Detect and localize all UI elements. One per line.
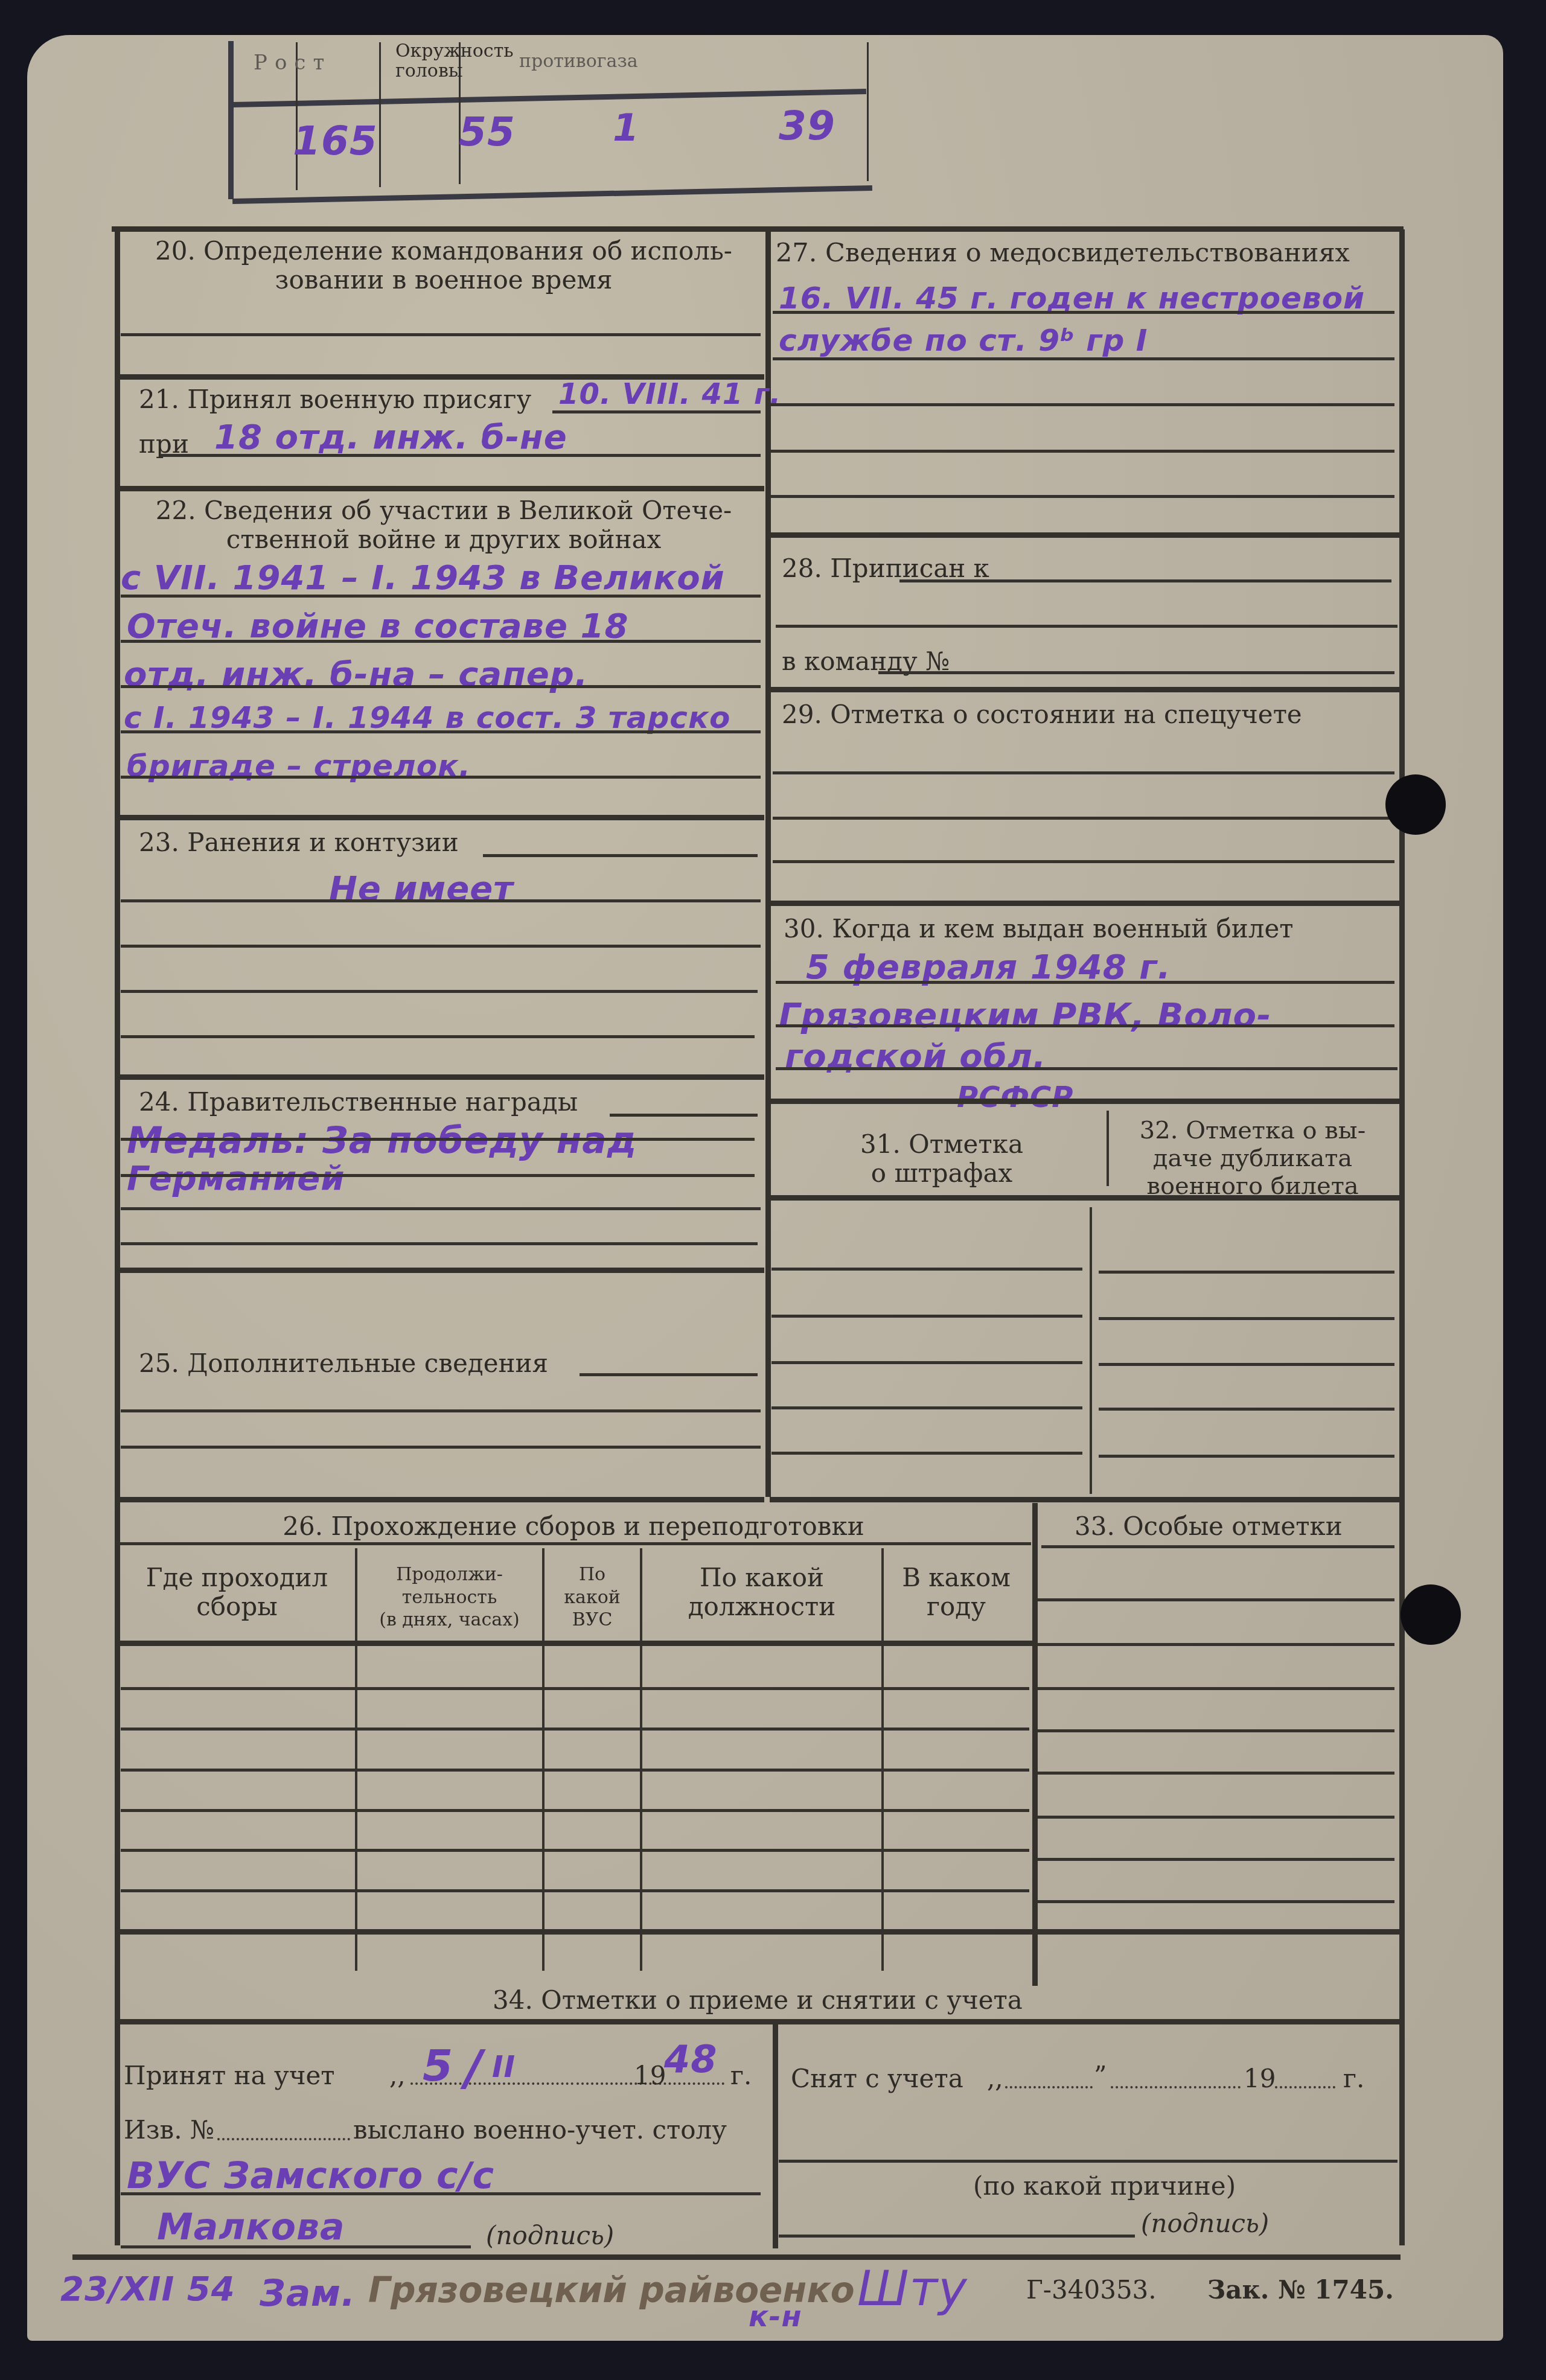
s33-line-1 <box>1041 1545 1394 1548</box>
s24-line-1 <box>121 1138 755 1141</box>
s27-line-4 <box>770 450 1394 453</box>
s31-line-4 <box>771 1406 1082 1409</box>
s21-bottom-border <box>120 486 764 491</box>
s23-bottom-border <box>120 1074 764 1080</box>
s30-entry-4[interactable]: РСФСР <box>957 1080 1073 1114</box>
s26-col-header-duration: Продолжи- тельность (в днях, часах) <box>357 1563 541 1632</box>
s34-title: 34. Отметки о приеме и снятии с учета <box>121 1986 1394 2015</box>
footer-deputy-title: Зам. <box>260 2273 356 2315</box>
s23-line-3 <box>121 990 758 993</box>
s20-label: 20. Определение командования об исполь- … <box>127 237 761 295</box>
s32-line-5 <box>1099 1455 1394 1458</box>
form-middle-divider <box>765 229 771 1497</box>
s31-line-1 <box>771 1268 1082 1271</box>
s34-right-signature-label: (подпись) <box>1141 2209 1269 2238</box>
s34-signature-label: (подпись) <box>486 2221 614 2250</box>
s33-line-5 <box>1037 1729 1394 1732</box>
s27-label: 27. Сведения о медосвидетельствованиях <box>776 238 1350 268</box>
s25-bottom-border <box>120 1497 764 1502</box>
s34-accepted-day[interactable]: 5 <box>423 2040 453 2091</box>
s34-removed-day-dots <box>1005 2086 1093 2088</box>
s33-line-6 <box>1037 1772 1394 1775</box>
top-header-gasmask: противогаза <box>519 51 638 72</box>
s34-notice-sent: выслано военно-учет. столу <box>353 2116 727 2145</box>
s26-title: 26. Прохождение сборов и переподготовки <box>121 1512 1026 1541</box>
form-left-border <box>115 229 120 2245</box>
s22-line-1 <box>121 595 761 598</box>
binder-hole-lower <box>1401 1584 1461 1645</box>
s26-col-header-place: Где проходил сборы <box>121 1563 353 1622</box>
s27-line-1 <box>773 311 1394 314</box>
s26-row-line-4 <box>121 1809 1029 1812</box>
s26-bottom-border <box>120 1929 1401 1935</box>
binder-hole-upper <box>1385 774 1446 835</box>
s34-right-signature-line <box>779 2235 1135 2238</box>
s29-line-1 <box>773 771 1394 774</box>
s21-label: 21. Принял военную присягу <box>139 385 531 414</box>
s25-line-1 <box>121 1409 761 1412</box>
s21-oath-date[interactable]: 10. VIII. 41 г. <box>558 377 781 411</box>
s28-team-line <box>878 671 1394 674</box>
s22-label: 22. Сведения об участии в Великой Отече-… <box>127 496 761 555</box>
s34-title-bottom <box>120 2019 1401 2024</box>
s24-award-2[interactable]: Германией <box>127 1159 345 1198</box>
s22-bottom-border <box>120 815 764 820</box>
s32-line-1 <box>1099 1271 1394 1274</box>
s26-col-header-year: В каком году <box>884 1563 1029 1622</box>
s30-bottom-border <box>770 1099 1401 1104</box>
s34-reason-label: (по какой причине) <box>973 2172 1236 2201</box>
s34-signature-line <box>121 2245 471 2248</box>
s22-line-2 <box>121 640 761 643</box>
footer-handwritten-date: 23/XII 54 <box>60 2270 235 2309</box>
s34-notice-label: Изв. № <box>124 2116 214 2145</box>
top-table-col-divider-4 <box>867 42 869 181</box>
s24-line-4 <box>121 1242 758 1245</box>
s31-s32-body-divider <box>1090 1207 1092 1494</box>
s26-row-line-2 <box>121 1728 1029 1731</box>
s26-header-bottom <box>120 1641 1032 1646</box>
s27-entry-2[interactable]: службе по ст. 9ᵇ гр I <box>779 323 1148 358</box>
s34-signature-name[interactable]: Малкова <box>157 2206 345 2248</box>
s34-reason-line <box>779 2160 1397 2163</box>
s34-accepted-month[interactable]: II <box>492 2049 516 2084</box>
s34-accepted-year-suffix: г. <box>730 2061 752 2090</box>
s27-line-2 <box>773 357 1394 360</box>
s31-line-5 <box>771 1452 1082 1455</box>
s32-line-3 <box>1099 1363 1394 1366</box>
s23-label: 23. Ранения и контузии <box>139 828 459 857</box>
s32-line-2 <box>1099 1317 1394 1320</box>
s26-col-header-vus: По какой ВУС <box>545 1563 640 1632</box>
s23-line-4 <box>121 1035 755 1038</box>
s26-row-line-1 <box>121 1687 1029 1690</box>
top-value-head: 55 <box>459 109 516 155</box>
top-header-head: Окружность головы <box>395 41 516 81</box>
s32-line-4 <box>1099 1408 1394 1411</box>
s31-s32-divider <box>1107 1111 1109 1186</box>
s34-accepted-year-prefix: 19 <box>634 2061 666 2090</box>
s30-line-2 <box>776 1024 1394 1027</box>
s30-entry-2[interactable]: Грязовецким РВК, Воло- <box>779 996 1271 1035</box>
s34-removed-month-dots <box>1111 2086 1241 2088</box>
footer-print-code: Г-340353. <box>1026 2276 1157 2305</box>
s27-line-5 <box>770 495 1394 498</box>
s23-label-line <box>483 854 758 857</box>
s34-sent-to[interactable]: ВУС Замского с/с <box>127 2155 494 2197</box>
footer-order-number: Зак. № 1745. <box>1207 2276 1394 2305</box>
s23-value[interactable]: Не имеет <box>329 869 514 908</box>
s34-removed-year-dots <box>1275 2086 1335 2088</box>
s33-line-2 <box>1037 1598 1394 1601</box>
s29-bottom-border <box>770 901 1401 906</box>
s24-award-1[interactable]: Медаль: За победу над <box>127 1120 637 1162</box>
s21-date-line <box>552 410 761 413</box>
top-value-other: 39 <box>779 103 835 149</box>
s27-bottom-border <box>770 532 1401 538</box>
s28-line-1 <box>899 579 1391 582</box>
s23-line-1 <box>121 899 761 902</box>
s34-removed-year-prefix: 19 <box>1244 2064 1276 2093</box>
top-table-left-border <box>228 41 234 199</box>
s34-accepted-open-quote: ,, <box>389 2061 406 2090</box>
form-right-border <box>1399 229 1405 2245</box>
s34-middle-divider <box>773 2022 778 2248</box>
s24-bottom-border <box>120 1268 764 1273</box>
s33-line-8 <box>1037 1858 1394 1861</box>
s30-line-1 <box>776 981 1394 984</box>
s23-line-2 <box>121 945 761 948</box>
s30-label: 30. Когда и кем выдан военный билет <box>784 914 1294 943</box>
top-table-col-divider-2 <box>379 42 381 187</box>
s22-entry-3[interactable]: отд. инж. б-на – сапер. <box>124 655 588 694</box>
s26-row-line-3 <box>121 1769 1029 1772</box>
top-header-height: Рост <box>254 51 331 75</box>
s29-line-2 <box>773 817 1394 820</box>
s24-label: 24. Правительственные награды <box>139 1088 578 1117</box>
s34-removed-label: Снят с учета <box>791 2064 963 2093</box>
s24-line-2 <box>121 1174 755 1177</box>
s31-s32-bottom-border <box>770 1497 1401 1502</box>
s34-accepted-slash: / <box>465 2040 483 2096</box>
s26-col-header-position: По какой должности <box>642 1563 881 1622</box>
s29-line-3 <box>773 860 1394 863</box>
s25-line-2 <box>121 1446 761 1449</box>
s26-s33-divider <box>1032 1503 1038 1986</box>
s25-label-line <box>580 1373 758 1376</box>
s34-removed-year-suffix: г. <box>1343 2064 1364 2093</box>
s34-removed-open-quote: ,, <box>987 2064 1003 2093</box>
s20-answer-line <box>121 333 761 336</box>
s22-line-5 <box>121 776 761 779</box>
s33-line-3 <box>1037 1643 1394 1646</box>
s33-line-7 <box>1037 1816 1394 1819</box>
s34-accepted-year[interactable]: 48 <box>664 2037 717 2081</box>
s25-label: 25. Дополнительные сведения <box>139 1349 548 1378</box>
s28-line-2 <box>776 625 1397 628</box>
s34-notice-dots <box>217 2138 350 2140</box>
s26-title-line <box>120 1542 1031 1545</box>
s34-accepted-label: Принят на учет <box>124 2061 335 2090</box>
s31-line-2 <box>771 1315 1082 1318</box>
s33-line-9 <box>1037 1900 1394 1903</box>
s32-label: 32. Отметка о вы- даче дубликата военног… <box>1111 1117 1394 1200</box>
s26-row-line-6 <box>121 1889 1029 1892</box>
s22-line-3 <box>121 685 761 688</box>
s31-label: 31. Отметка о штрафах <box>785 1130 1099 1188</box>
s29-label: 29. Отметка о состоянии на спецучете <box>782 700 1302 729</box>
s28-bottom-border <box>770 687 1401 692</box>
top-value-gasmask: 1 <box>613 106 639 150</box>
s21-unit-line <box>160 454 761 457</box>
footer-signature: Шту <box>857 2260 968 2317</box>
s31-s32-header-bottom <box>770 1195 1401 1201</box>
s24-label-line <box>610 1114 758 1117</box>
s31-line-3 <box>771 1361 1082 1364</box>
form-top-border <box>112 226 1404 232</box>
form-bottom-border <box>72 2254 1401 2260</box>
s26-row-line-5 <box>121 1849 1029 1852</box>
s30-entry-3[interactable]: годской обл. <box>785 1037 1046 1076</box>
s30-line-3 <box>776 1067 1397 1070</box>
s33-label: 33. Особые отметки <box>1075 1512 1343 1541</box>
top-value-height: 165 <box>293 118 378 164</box>
footer-suffix: к-н <box>749 2300 802 2334</box>
s27-line-3 <box>770 403 1394 406</box>
s22-entry-1[interactable]: с VII. 1941 – I. 1943 в Великой <box>121 558 725 598</box>
s34-removed-close-quote: ” <box>1094 2061 1107 2090</box>
s21-unit[interactable]: 18 отд. инж. б-не <box>214 418 567 457</box>
s33-line-4 <box>1037 1687 1394 1690</box>
s24-line-3 <box>121 1207 761 1210</box>
s22-line-4 <box>121 730 761 733</box>
s34-sent-to-line <box>121 2192 761 2195</box>
